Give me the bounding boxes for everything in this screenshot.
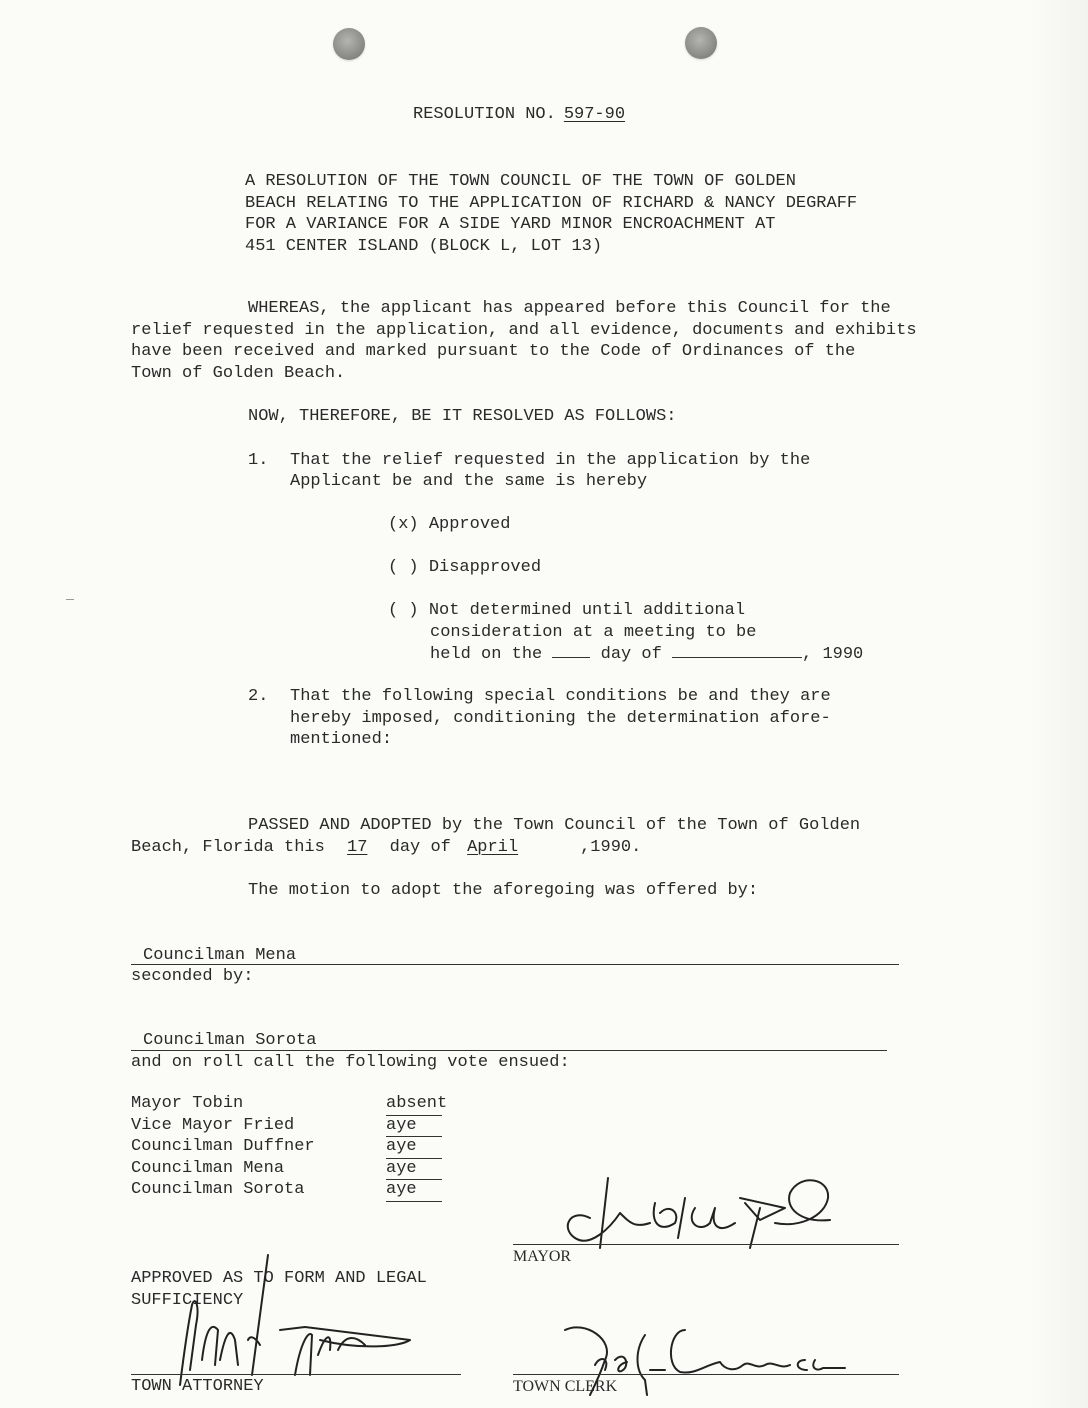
vote-row: Councilman Duffneraye bbox=[131, 1137, 442, 1159]
option-mark-unchecked: ( ) bbox=[388, 601, 419, 620]
voter-name: Vice Mayor Fried bbox=[131, 1116, 386, 1138]
item-number: 2. bbox=[248, 686, 268, 708]
vote-value: aye bbox=[386, 1159, 442, 1181]
vote-value: aye bbox=[386, 1116, 442, 1138]
whereas-line: relief requested in the application, and… bbox=[131, 320, 917, 342]
option-disapproved: ( ) Disapproved bbox=[388, 557, 541, 579]
mayor-label: MAYOR bbox=[513, 1246, 571, 1268]
voter-name: Mayor Tobin bbox=[131, 1094, 386, 1116]
resolution-title-prefix: RESOLUTION NO. bbox=[413, 105, 556, 124]
attorney-label: TOWN ATTORNEY bbox=[131, 1376, 264, 1398]
option-not-determined: ( ) Not determined until additional bbox=[388, 600, 745, 622]
resolution-title: RESOLUTION NO.597-90 bbox=[413, 104, 627, 126]
vote-value: aye bbox=[386, 1137, 442, 1159]
seconded-by-name: Councilman Sorota bbox=[143, 1030, 316, 1052]
resolved-heading: NOW, THEREFORE, BE IT RESOLVED AS FOLLOW… bbox=[248, 406, 676, 428]
item-line: mentioned: bbox=[290, 729, 392, 751]
vote-value: aye bbox=[386, 1180, 442, 1202]
mayor-signature-line bbox=[513, 1244, 899, 1245]
clerk-label: TOWN CLERK bbox=[513, 1376, 617, 1398]
item-line: That the following special conditions be… bbox=[290, 686, 831, 708]
meeting-day-blank bbox=[552, 643, 590, 658]
whereas-line: Town of Golden Beach. bbox=[131, 363, 345, 385]
clerk-signature-line bbox=[513, 1374, 899, 1375]
option-label: Not determined until additional bbox=[429, 601, 745, 620]
vote-table: Mayor Tobinabsent Vice Mayor Friedaye Co… bbox=[131, 1094, 442, 1202]
option-continuation: consideration at a meeting to be bbox=[430, 622, 756, 644]
caption-line: BEACH RELATING TO THE APPLICATION OF RIC… bbox=[245, 193, 857, 215]
resolution-number: 597-90 bbox=[556, 105, 627, 124]
seconded-by-line bbox=[131, 1050, 887, 1051]
seconded-label: seconded by: bbox=[131, 966, 253, 988]
option-label: Approved bbox=[429, 515, 511, 534]
option-meeting-date-line: held on the day of , 1990 bbox=[430, 643, 863, 666]
adopted-day: 17 bbox=[335, 838, 379, 857]
caption-line: FOR A VARIANCE FOR A SIDE YARD MINOR ENC… bbox=[245, 214, 776, 236]
item-line: hereby imposed, conditioning the determi… bbox=[290, 708, 831, 730]
offered-by-line bbox=[131, 964, 899, 965]
caption-line: 451 CENTER ISLAND (BLOCK L, LOT 13) bbox=[245, 236, 602, 258]
option-mark-checked: (x) bbox=[388, 515, 419, 534]
roll-call-text: and on roll call the following vote ensu… bbox=[131, 1052, 570, 1074]
vote-value: absent bbox=[386, 1094, 442, 1116]
vote-row: Councilman Sorotaaye bbox=[131, 1180, 442, 1202]
voter-name: Councilman Duffner bbox=[131, 1137, 386, 1159]
vote-row: Vice Mayor Friedaye bbox=[131, 1116, 442, 1138]
meeting-month-blank bbox=[672, 643, 802, 658]
punch-hole-right bbox=[685, 27, 717, 59]
attorney-signature-line bbox=[131, 1374, 461, 1375]
item-number: 1. bbox=[248, 450, 268, 472]
item-line: That the relief requested in the applica… bbox=[290, 450, 810, 472]
scan-mark bbox=[66, 599, 74, 600]
passed-line: PASSED AND ADOPTED by the Town Council o… bbox=[248, 815, 860, 837]
option-label: Disapproved bbox=[429, 558, 541, 577]
vote-row: Mayor Tobinabsent bbox=[131, 1094, 442, 1116]
motion-text: The motion to adopt the aforegoing was o… bbox=[248, 880, 758, 902]
item-line: Applicant be and the same is hereby bbox=[290, 471, 647, 493]
passed-date-line: Beach, Florida this 17 day of April,1990… bbox=[131, 837, 641, 859]
caption-line: A RESOLUTION OF THE TOWN COUNCIL OF THE … bbox=[245, 171, 796, 193]
voter-name: Councilman Sorota bbox=[131, 1180, 386, 1202]
adopted-month: April bbox=[461, 838, 580, 857]
page-edge-shadow bbox=[1028, 0, 1088, 1408]
voter-name: Councilman Mena bbox=[131, 1159, 386, 1181]
option-mark-unchecked: ( ) bbox=[388, 558, 419, 577]
punch-hole-left bbox=[333, 28, 365, 60]
attorney-signature bbox=[160, 1255, 430, 1390]
option-approved: (x) Approved bbox=[388, 514, 510, 536]
whereas-line: WHEREAS, the applicant has appeared befo… bbox=[248, 298, 891, 320]
vote-row: Councilman Menaaye bbox=[131, 1159, 442, 1181]
whereas-line: have been received and marked pursuant t… bbox=[131, 341, 855, 363]
